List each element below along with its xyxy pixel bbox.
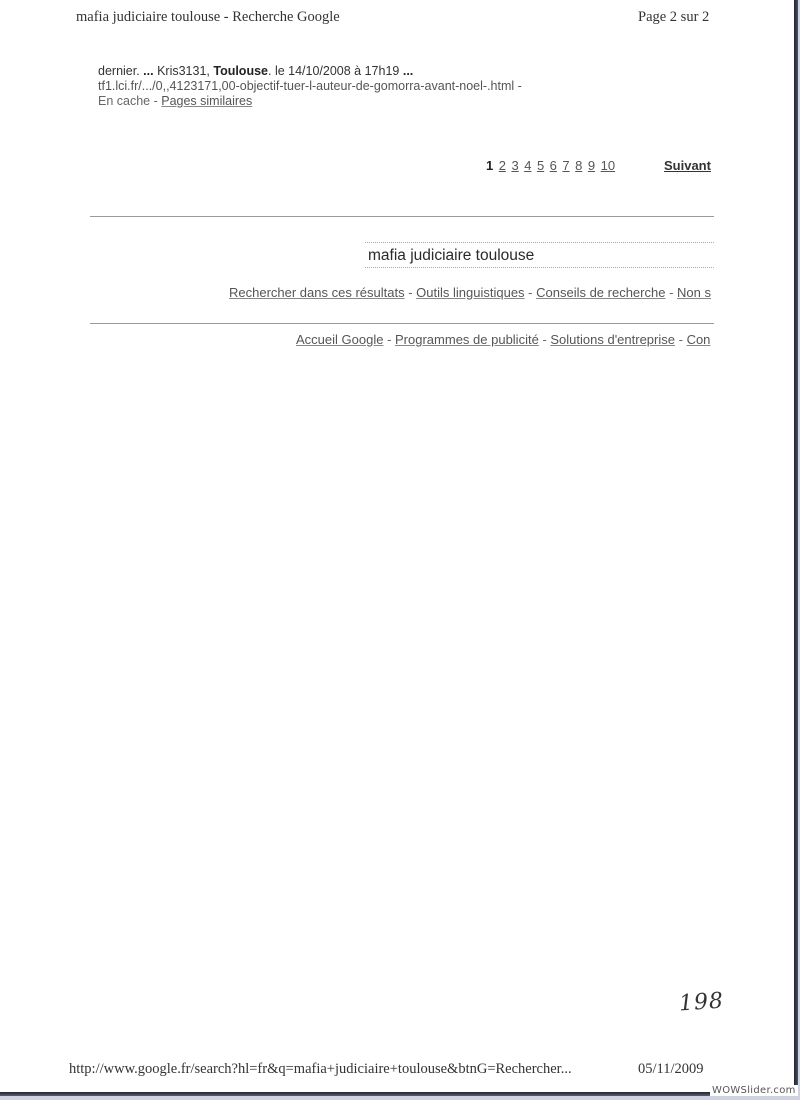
- search-input[interactable]: [368, 246, 714, 266]
- page-link-1: 1: [486, 158, 493, 173]
- separator: -: [675, 332, 687, 347]
- advertising-programs-link[interactable]: Programmes de publicité: [395, 332, 539, 347]
- search-result: dernier. ... Kris3131, Toulouse. le 14/1…: [98, 64, 522, 109]
- handwritten-page-number: 198: [678, 988, 725, 1016]
- snippet-text: dernier.: [98, 64, 143, 78]
- result-links: En cache - Pages similaires: [98, 94, 522, 109]
- language-tools-link[interactable]: Outils linguistiques: [416, 285, 524, 300]
- snippet-text: Kris3131,: [154, 64, 214, 78]
- separator: -: [150, 94, 161, 108]
- page-link-8[interactable]: 8: [575, 158, 582, 173]
- page-link-9[interactable]: 9: [588, 158, 595, 173]
- search-box-border-top: [365, 242, 714, 243]
- separator: -: [383, 332, 395, 347]
- divider: [90, 216, 714, 217]
- separator: -: [665, 285, 677, 300]
- page-link-6[interactable]: 6: [550, 158, 557, 173]
- google-footer-links: Accueil Google - Programmes de publicité…: [296, 332, 710, 347]
- print-date: 05/11/2009: [638, 1061, 704, 1078]
- result-url: tf1.lci.fr/.../0,,4123171,00-objectif-tu…: [98, 79, 522, 94]
- pagination: 12345678910 Suivant: [486, 158, 621, 173]
- google-home-link[interactable]: Accueil Google: [296, 332, 383, 347]
- next-page-link[interactable]: Suivant: [664, 158, 711, 173]
- cut-off-link[interactable]: Non s: [677, 285, 711, 300]
- watermark: WOWSlider.com: [710, 1085, 798, 1096]
- search-within-results-link[interactable]: Rechercher dans ces résultats: [229, 285, 405, 300]
- result-snippet: dernier. ... Kris3131, Toulouse. le 14/1…: [98, 64, 522, 79]
- print-url: http://www.google.fr/search?hl=fr&q=mafi…: [69, 1061, 572, 1078]
- page-shadow-right: [794, 0, 798, 1095]
- search-tips-link[interactable]: Conseils de recherche: [536, 285, 665, 300]
- page-link-5[interactable]: 5: [537, 158, 544, 173]
- snippet-ellipsis: ...: [403, 64, 413, 78]
- page-link-3[interactable]: 3: [511, 158, 518, 173]
- similar-pages-link[interactable]: Pages similaires: [161, 94, 252, 108]
- divider: [90, 323, 714, 324]
- cache-link[interactable]: En cache: [98, 94, 150, 108]
- page-link-10[interactable]: 10: [601, 158, 615, 173]
- page-link-4[interactable]: 4: [524, 158, 531, 173]
- search-box-border-bottom: [365, 267, 714, 268]
- cut-off-footer-link[interactable]: Con: [687, 332, 711, 347]
- separator: -: [525, 285, 537, 300]
- page-link-7[interactable]: 7: [562, 158, 569, 173]
- snippet-highlight: Toulouse: [213, 64, 268, 78]
- search-tools-links: Rechercher dans ces résultats - Outils l…: [229, 285, 711, 300]
- page-content: dernier. ... Kris3131, Toulouse. le 14/1…: [0, 0, 714, 1100]
- snippet-ellipsis: ...: [143, 64, 153, 78]
- separator: -: [405, 285, 417, 300]
- separator: -: [539, 332, 551, 347]
- business-solutions-link[interactable]: Solutions d'entreprise: [550, 332, 675, 347]
- snippet-text: . le 14/10/2008 à 17h19: [268, 64, 403, 78]
- page-link-2[interactable]: 2: [499, 158, 506, 173]
